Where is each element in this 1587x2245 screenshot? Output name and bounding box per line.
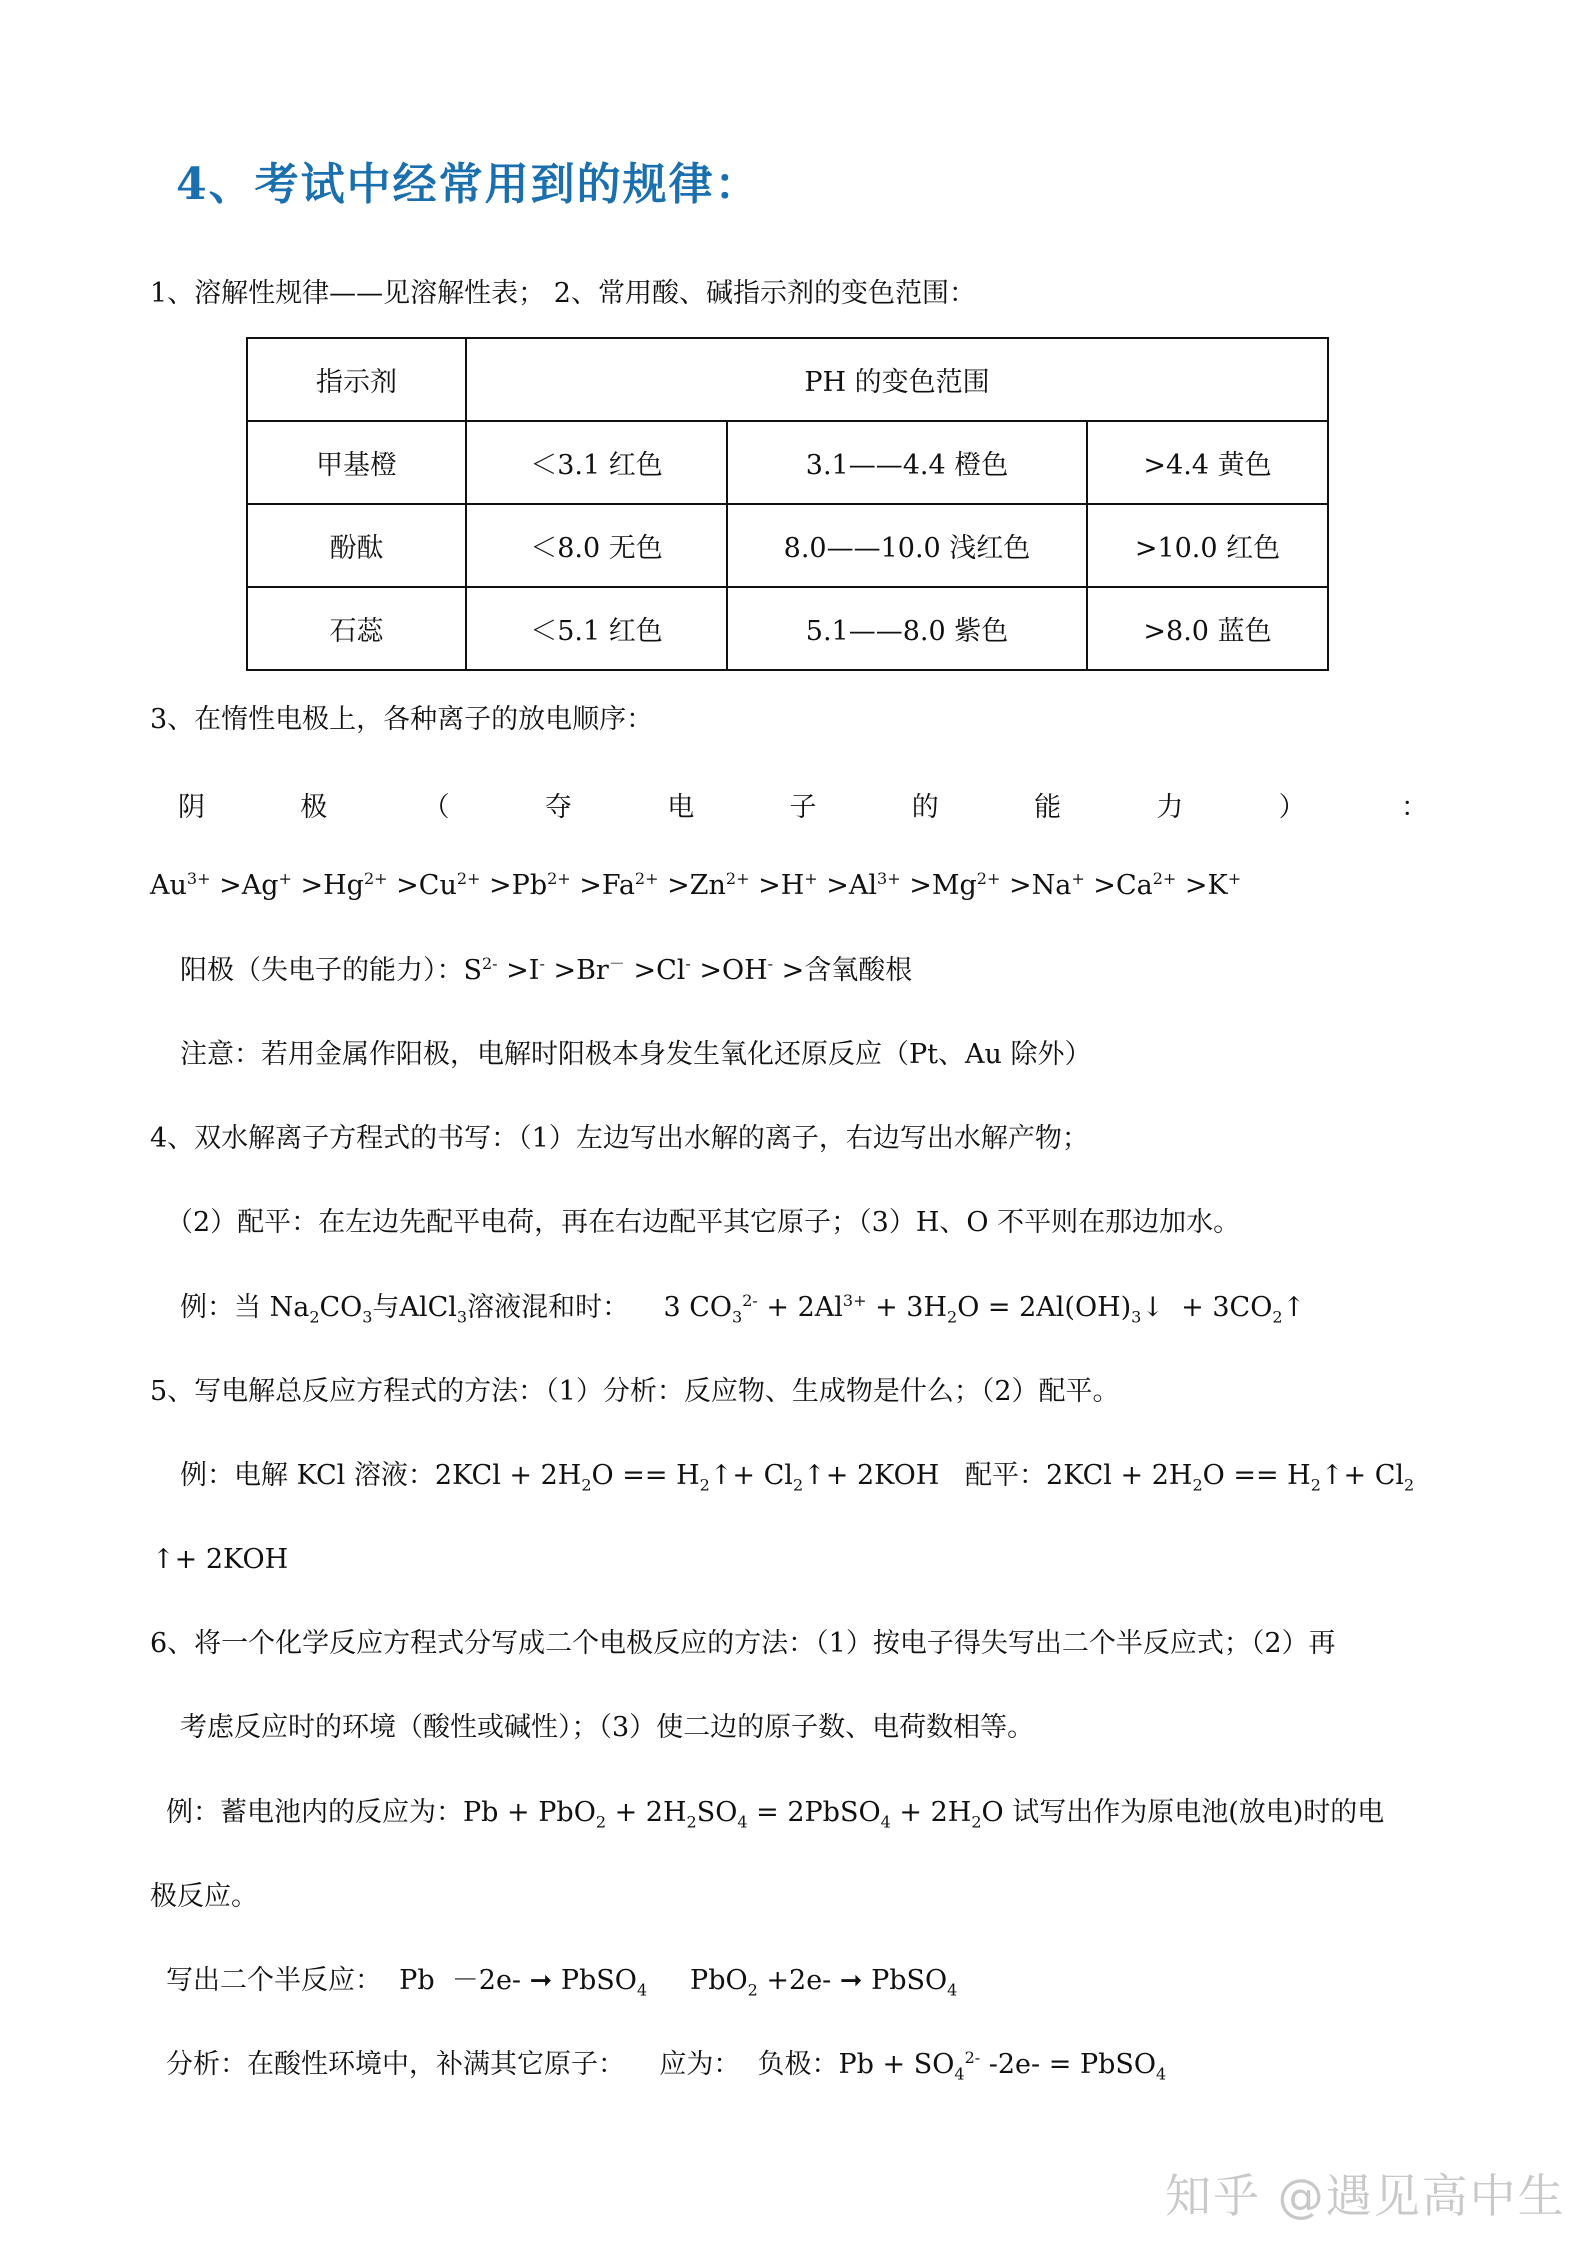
sec4-example: 例：当 Na2CO3与AlCl3溶液混和时： 3 CO32- + 2Al3+ +… <box>180 1290 1305 1326</box>
ion: Pb2+ <box>512 870 571 901</box>
table-cell: >10.0 红色 <box>1087 504 1328 587</box>
line-1: 1、溶解性规律——见溶解性表； 2、常用酸、碱指示剂的变色范围： <box>150 276 976 312</box>
table-cell: 甲基橙 <box>247 421 466 504</box>
sec5-example: 例：电解 KCl 溶液：2KCl + 2H2O == H2↑+ Cl2↑+ 2K… <box>180 1458 1414 1494</box>
table-header-cell: 指示剂 <box>247 338 466 421</box>
sec4-line2: （2）配平：在左边先配平电荷，再在右边配平其它原子；（3）H、O 不平则在那边加… <box>166 1205 1240 1241</box>
sec5-heading: 5、写电解总反应方程式的方法：（1）分析：反应物、生成物是什么；（2）配平。 <box>150 1374 1120 1410</box>
table-cell: 5.1——8.0 紫色 <box>727 587 1087 670</box>
ion: Na+ <box>1032 870 1085 901</box>
table-row: 甲基橙 ＜3.1 红色 3.1——4.4 橙色 >4.4 黄色 <box>247 421 1328 504</box>
table-row: 酚酞 ＜8.0 无色 8.0——10.0 浅红色 >10.0 红色 <box>247 504 1328 587</box>
ion: Al3+ <box>849 870 901 901</box>
page-title: 4、考试中经常用到的规律： <box>176 148 761 212</box>
sec4-heading: 4、双水解离子方程式的书写：（1）左边写出水解的离子，右边写出水解产物； <box>150 1121 1089 1157</box>
sec6-line2: 考虑反应时的环境（酸性或碱性）；（3）使二边的原子数、电荷数相等。 <box>180 1710 1034 1746</box>
ion: Ag+ <box>242 870 292 901</box>
ion: H+ <box>781 870 818 901</box>
table-cell: ＜8.0 无色 <box>466 504 727 587</box>
ion: Cu2+ <box>419 870 481 901</box>
table-cell: 酚酞 <box>247 504 466 587</box>
half-reactions: 写出二个半反应： Pb －2e- ➞ PbSO4 PbO2 +2e- ➞ PbS… <box>166 1963 957 1999</box>
table-cell: >8.0 蓝色 <box>1087 587 1328 670</box>
ion: Au3+ <box>150 870 210 901</box>
analysis: 分析：在酸性环境中，补满其它原子： 应为： 负极：Pb + SO42- -2e-… <box>166 2047 1166 2083</box>
ion: Hg2+ <box>323 870 387 901</box>
table-cell: 3.1——4.4 橙色 <box>727 421 1087 504</box>
watermark: 知乎 @遇见高中生 <box>1165 2160 1566 2226</box>
sec3-note: 注意：若用金属作阳极，电解时阳极本身发生氧化还原反应（Pt、Au 除外） <box>180 1037 1092 1073</box>
ion: K+ <box>1208 870 1242 901</box>
ion: Zn2+ <box>690 870 750 901</box>
sec6-example-end: 极反应。 <box>150 1879 258 1915</box>
ion: Mg2+ <box>932 870 1001 901</box>
indicator-table: 指示剂 PH 的变色范围 甲基橙 ＜3.1 红色 3.1——4.4 橙色 >4.… <box>246 337 1329 671</box>
table-cell: 石蕊 <box>247 587 466 670</box>
anode-order: 阳极（失电子的能力）：S2- >I- >Br－ >Cl- >OH- >含氧酸根 <box>180 953 912 989</box>
ion: Ca2+ <box>1116 870 1176 901</box>
sec6-heading: 6、将一个化学反应方程式分写成二个电极反应的方法：（1）按电子得失写出二个半反应… <box>150 1626 1336 1662</box>
sec6-example: 例：蓄电池内的反应为：Pb + PbO2 + 2H2SO4 = 2PbSO4 +… <box>166 1795 1384 1831</box>
table-header-row: 指示剂 PH 的变色范围 <box>247 338 1328 421</box>
table-row: 石蕊 ＜5.1 红色 5.1——8.0 紫色 >8.0 蓝色 <box>247 587 1328 670</box>
table-cell: >4.4 黄色 <box>1087 421 1328 504</box>
sec3-heading: 3、在惰性电极上，各种离子的放电顺序： <box>150 702 653 738</box>
cathode-label: 阴 极 （ 夺 电 子 的 能 力 ） ： <box>178 785 1428 824</box>
table-cell: ＜3.1 红色 <box>466 421 727 504</box>
cathode-ion-order: Au3+ >Ag+ >Hg2+ >Cu2+ >Pb2+ >Fa2+ >Zn2+ … <box>150 868 1241 904</box>
ion: Fa2+ <box>602 870 659 901</box>
table-cell: 8.0——10.0 浅红色 <box>727 504 1087 587</box>
table-cell: ＜5.1 红色 <box>466 587 727 670</box>
sec5-example-cont: ↑+ 2KOH <box>152 1542 288 1578</box>
table-header-cell: PH 的变色范围 <box>466 338 1328 421</box>
